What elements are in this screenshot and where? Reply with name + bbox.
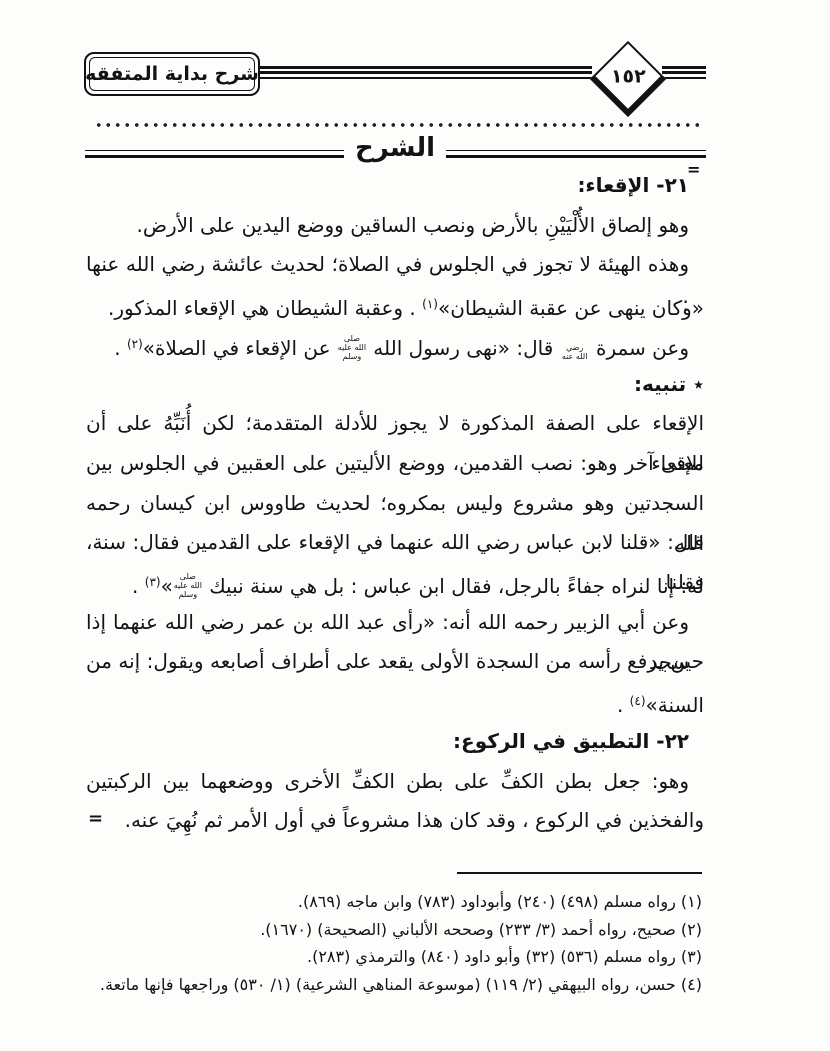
body-line: وهو إلصاق الأُلْيَيْنِ بالأرض ونصب الساق…: [86, 205, 704, 245]
body-line: وهو: جعل بطن الكفِّ على بطن الكفِّ الأخر…: [86, 761, 704, 801]
body-line: الإقعاء على الصفة المذكورة لا يجوز للأدل…: [86, 403, 704, 443]
text-segment: «وكان ينهى عن عقبة الشيطان»: [438, 296, 704, 320]
honorific: صلى الله عليه وسلم: [337, 335, 367, 361]
footnote-marker: (٢): [127, 337, 143, 351]
dotted-divider: [94, 122, 702, 128]
book-title: شرح بداية المتفقه: [89, 57, 255, 91]
continuation-mark-top: =: [687, 160, 700, 179]
text-segment: .: [114, 336, 127, 360]
body-line: له: إنا لنراه جفاءً بالرجل، فقال ابن عبا…: [86, 562, 704, 602]
body-line: حين يرفع رأسه من السجدة الأولى يقعد على …: [86, 641, 704, 681]
body-line: والفخذين في الركوع ، وقد كان هذا مشروعاً…: [86, 800, 704, 840]
body-line: وهذه الهيئة لا تجوز في الجلوس في الصلاة؛…: [86, 244, 704, 284]
text-segment: له: إنا لنراه جفاءً بالرجل، فقال ابن عبا…: [203, 574, 704, 598]
body-line: ٢١- الإقعاء:: [86, 165, 704, 205]
body-line: وعن سمرة رضي الله عنه قال: «نهى رسول الل…: [86, 324, 704, 364]
header-rule-right: [662, 66, 706, 82]
text-segment: ٢٢- التطبيق في الركوع:: [453, 729, 689, 753]
heading-rule-right: [446, 150, 706, 158]
body-line: السنة»(٤) .: [86, 681, 704, 721]
footnote-line: (١) رواه مسلم (٤٩٨) (٢٤٠) وأبوداود (٧٨٣)…: [72, 889, 702, 915]
honorific: رضي الله عنه: [560, 344, 590, 362]
text-segment: وعن سمرة: [590, 336, 689, 360]
page-number: ١٥٢: [611, 65, 646, 87]
body-line: «وكان ينهى عن عقبة الشيطان»(١) . وعقبة ا…: [86, 284, 704, 324]
body-line: قال: «قلنا لابن عباس رضي الله عنهما في ا…: [86, 522, 704, 562]
book-page: شرح بداية المتفقه ١٥٢ الشرح = ٢١- الإقعا…: [0, 0, 830, 1051]
footnote-marker: (٤): [630, 694, 646, 708]
page-number-diamond: ١٥٢: [590, 41, 666, 117]
text-segment: ٢١- الإقعاء:: [577, 173, 689, 197]
text-segment: . وعقبة الشيطان هي الإقعاء المذكور.: [108, 296, 422, 320]
text-segment: عن الإقعاء في الصلاة»: [143, 336, 337, 360]
text-segment: السنة»: [646, 693, 705, 717]
footnote-separator: [457, 872, 702, 874]
text-segment: والفخذين في الركوع ، وقد كان هذا مشروعاً…: [125, 808, 704, 832]
body-line: معنى آخر وهو: نصب القدمين، ووضع الأليتين…: [86, 443, 704, 483]
text-segment: .: [617, 693, 630, 717]
body-line: وعن أبي الزبير رحمه الله أنه: «رأى عبد ا…: [86, 602, 704, 642]
footnote-line: (٢) صحيح، رواه أحمد (٣/ ٢٣٣) وصححه الألب…: [72, 917, 702, 943]
section-heading: الشرح: [336, 133, 454, 163]
text-segment: حين يرفع رأسه من السجدة الأولى يقعد على …: [86, 649, 704, 673]
text-segment: وهو إلصاق الأُلْيَيْنِ بالأرض ونصب الساق…: [136, 213, 689, 237]
continuation-mark-bottom: =: [88, 808, 103, 829]
text-segment: »: [161, 574, 173, 598]
body-line: ٭ تنبيه:: [86, 364, 704, 404]
footnote-line: (٣) رواه مسلم (٥٣٦) (٣٢) وأبو داود (٨٤٠)…: [72, 944, 702, 970]
heading-rule-left: [85, 150, 344, 158]
text-segment: .: [132, 574, 145, 598]
footnote-marker: (١): [422, 297, 438, 311]
body-line: ٢٢- التطبيق في الركوع:: [86, 721, 704, 761]
footnote-line: (٤) حسن، رواه البيهقي (٢/ ١١٩) (موسوعة ا…: [72, 972, 702, 998]
honorific: صلى الله عليه وسلم: [173, 573, 203, 599]
body-line: السجدتين وهو مشروع وليس بمكروه؛ لحديث طا…: [86, 483, 704, 523]
text-segment: وهو: جعل بطن الكفِّ على بطن الكفِّ الأخر…: [86, 769, 689, 793]
text-segment: معنى آخر وهو: نصب القدمين، ووضع الأليتين…: [86, 451, 704, 475]
footnote-marker: (٣): [145, 575, 161, 589]
book-title-box: شرح بداية المتفقه: [84, 52, 260, 96]
text-segment: قال: «نهى رسول الله: [367, 336, 560, 360]
text-segment: ٭ تنبيه:: [634, 372, 704, 396]
header-rule-left: [256, 66, 592, 82]
